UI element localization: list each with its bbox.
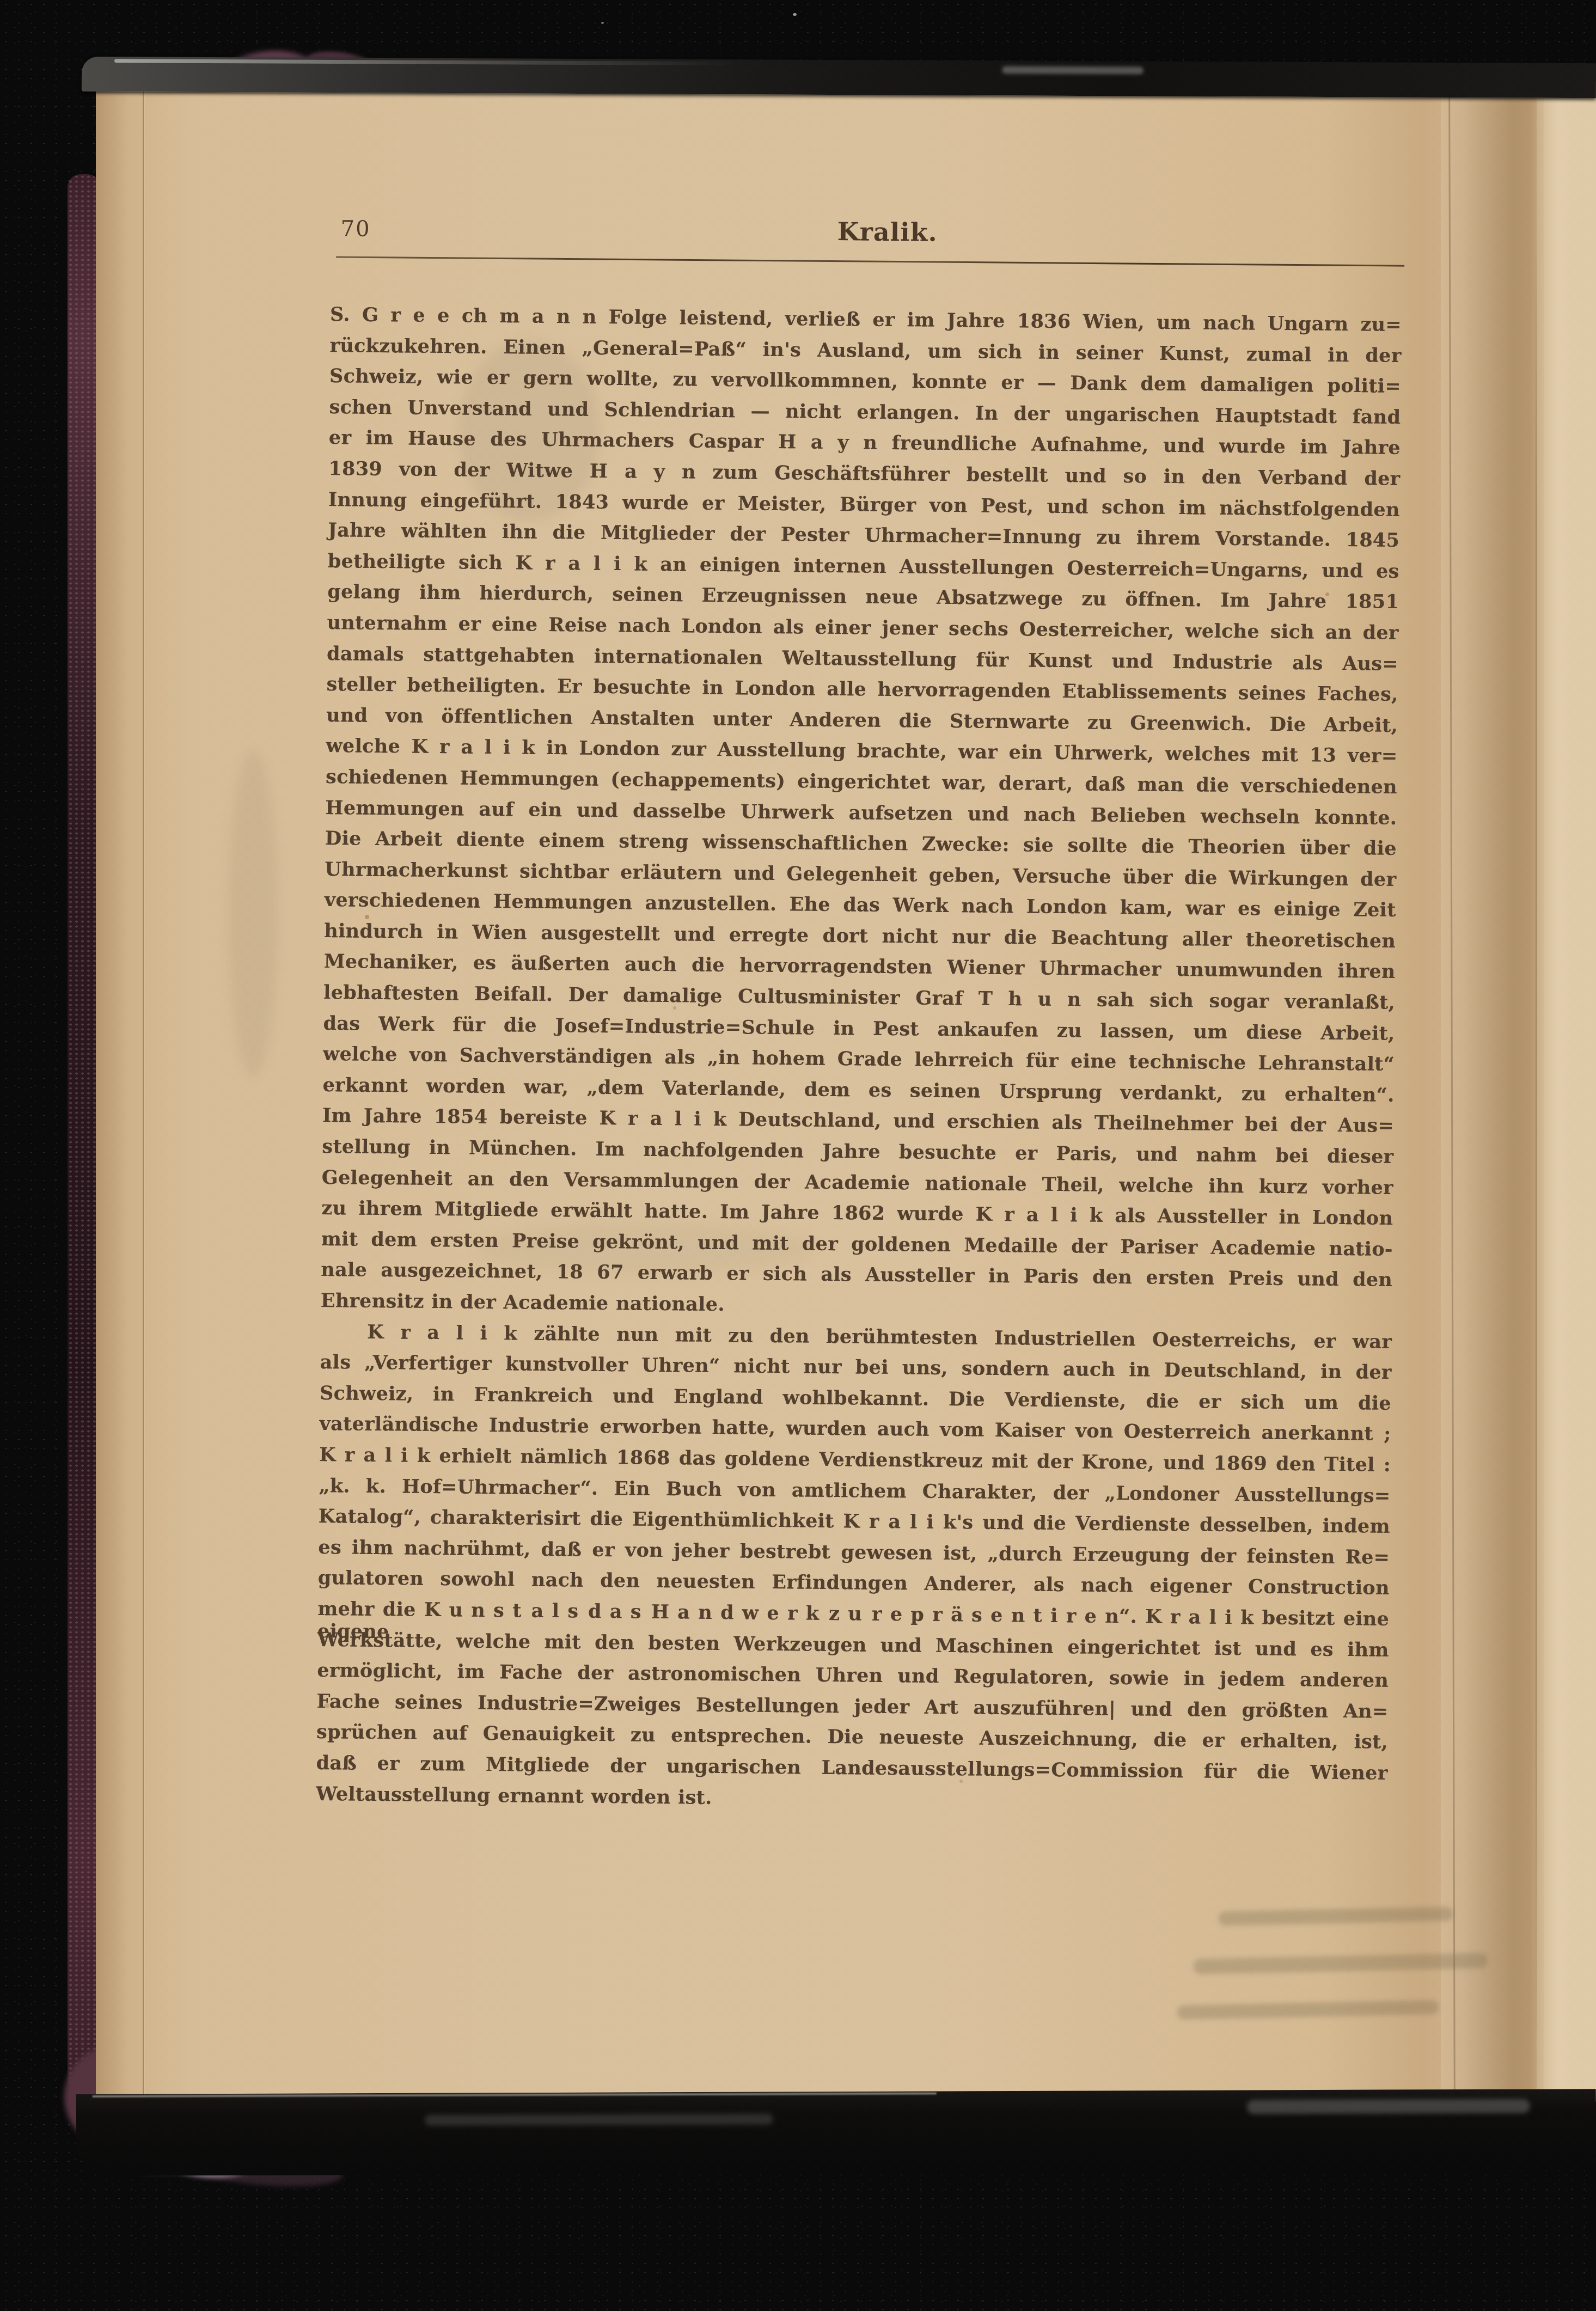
page-curl-shadow: [1441, 81, 1544, 2102]
body-text: S. G r e e ch m a n n Folge leistend, ve…: [316, 303, 1402, 1824]
cover-scuff: [1002, 66, 1144, 74]
book-cover-top-edge: [82, 57, 1596, 98]
showthrough-smudge: [1177, 2000, 1439, 2020]
paper-stain: [229, 750, 278, 1077]
dust-speck: [601, 22, 604, 24]
gutter-shadow: [96, 81, 143, 2102]
page-edge-strip: [1537, 81, 1596, 2102]
photo-scene: 70 Kralik. S. G r e e ch m a n n Folge l…: [0, 0, 1596, 2311]
cover-scuff: [425, 2114, 773, 2126]
dust-speck: [793, 13, 797, 16]
cover-sheen: [114, 59, 741, 65]
book-cover-bottom-edge: [76, 2089, 1596, 2176]
showthrough-smudge: [1219, 1907, 1453, 1926]
book-spine: [68, 174, 100, 2091]
running-header: Kralik.: [778, 216, 996, 248]
page-under-edge: [143, 86, 144, 2095]
cover-scuff: [1247, 2099, 1530, 2114]
page-number: 70: [340, 216, 370, 242]
